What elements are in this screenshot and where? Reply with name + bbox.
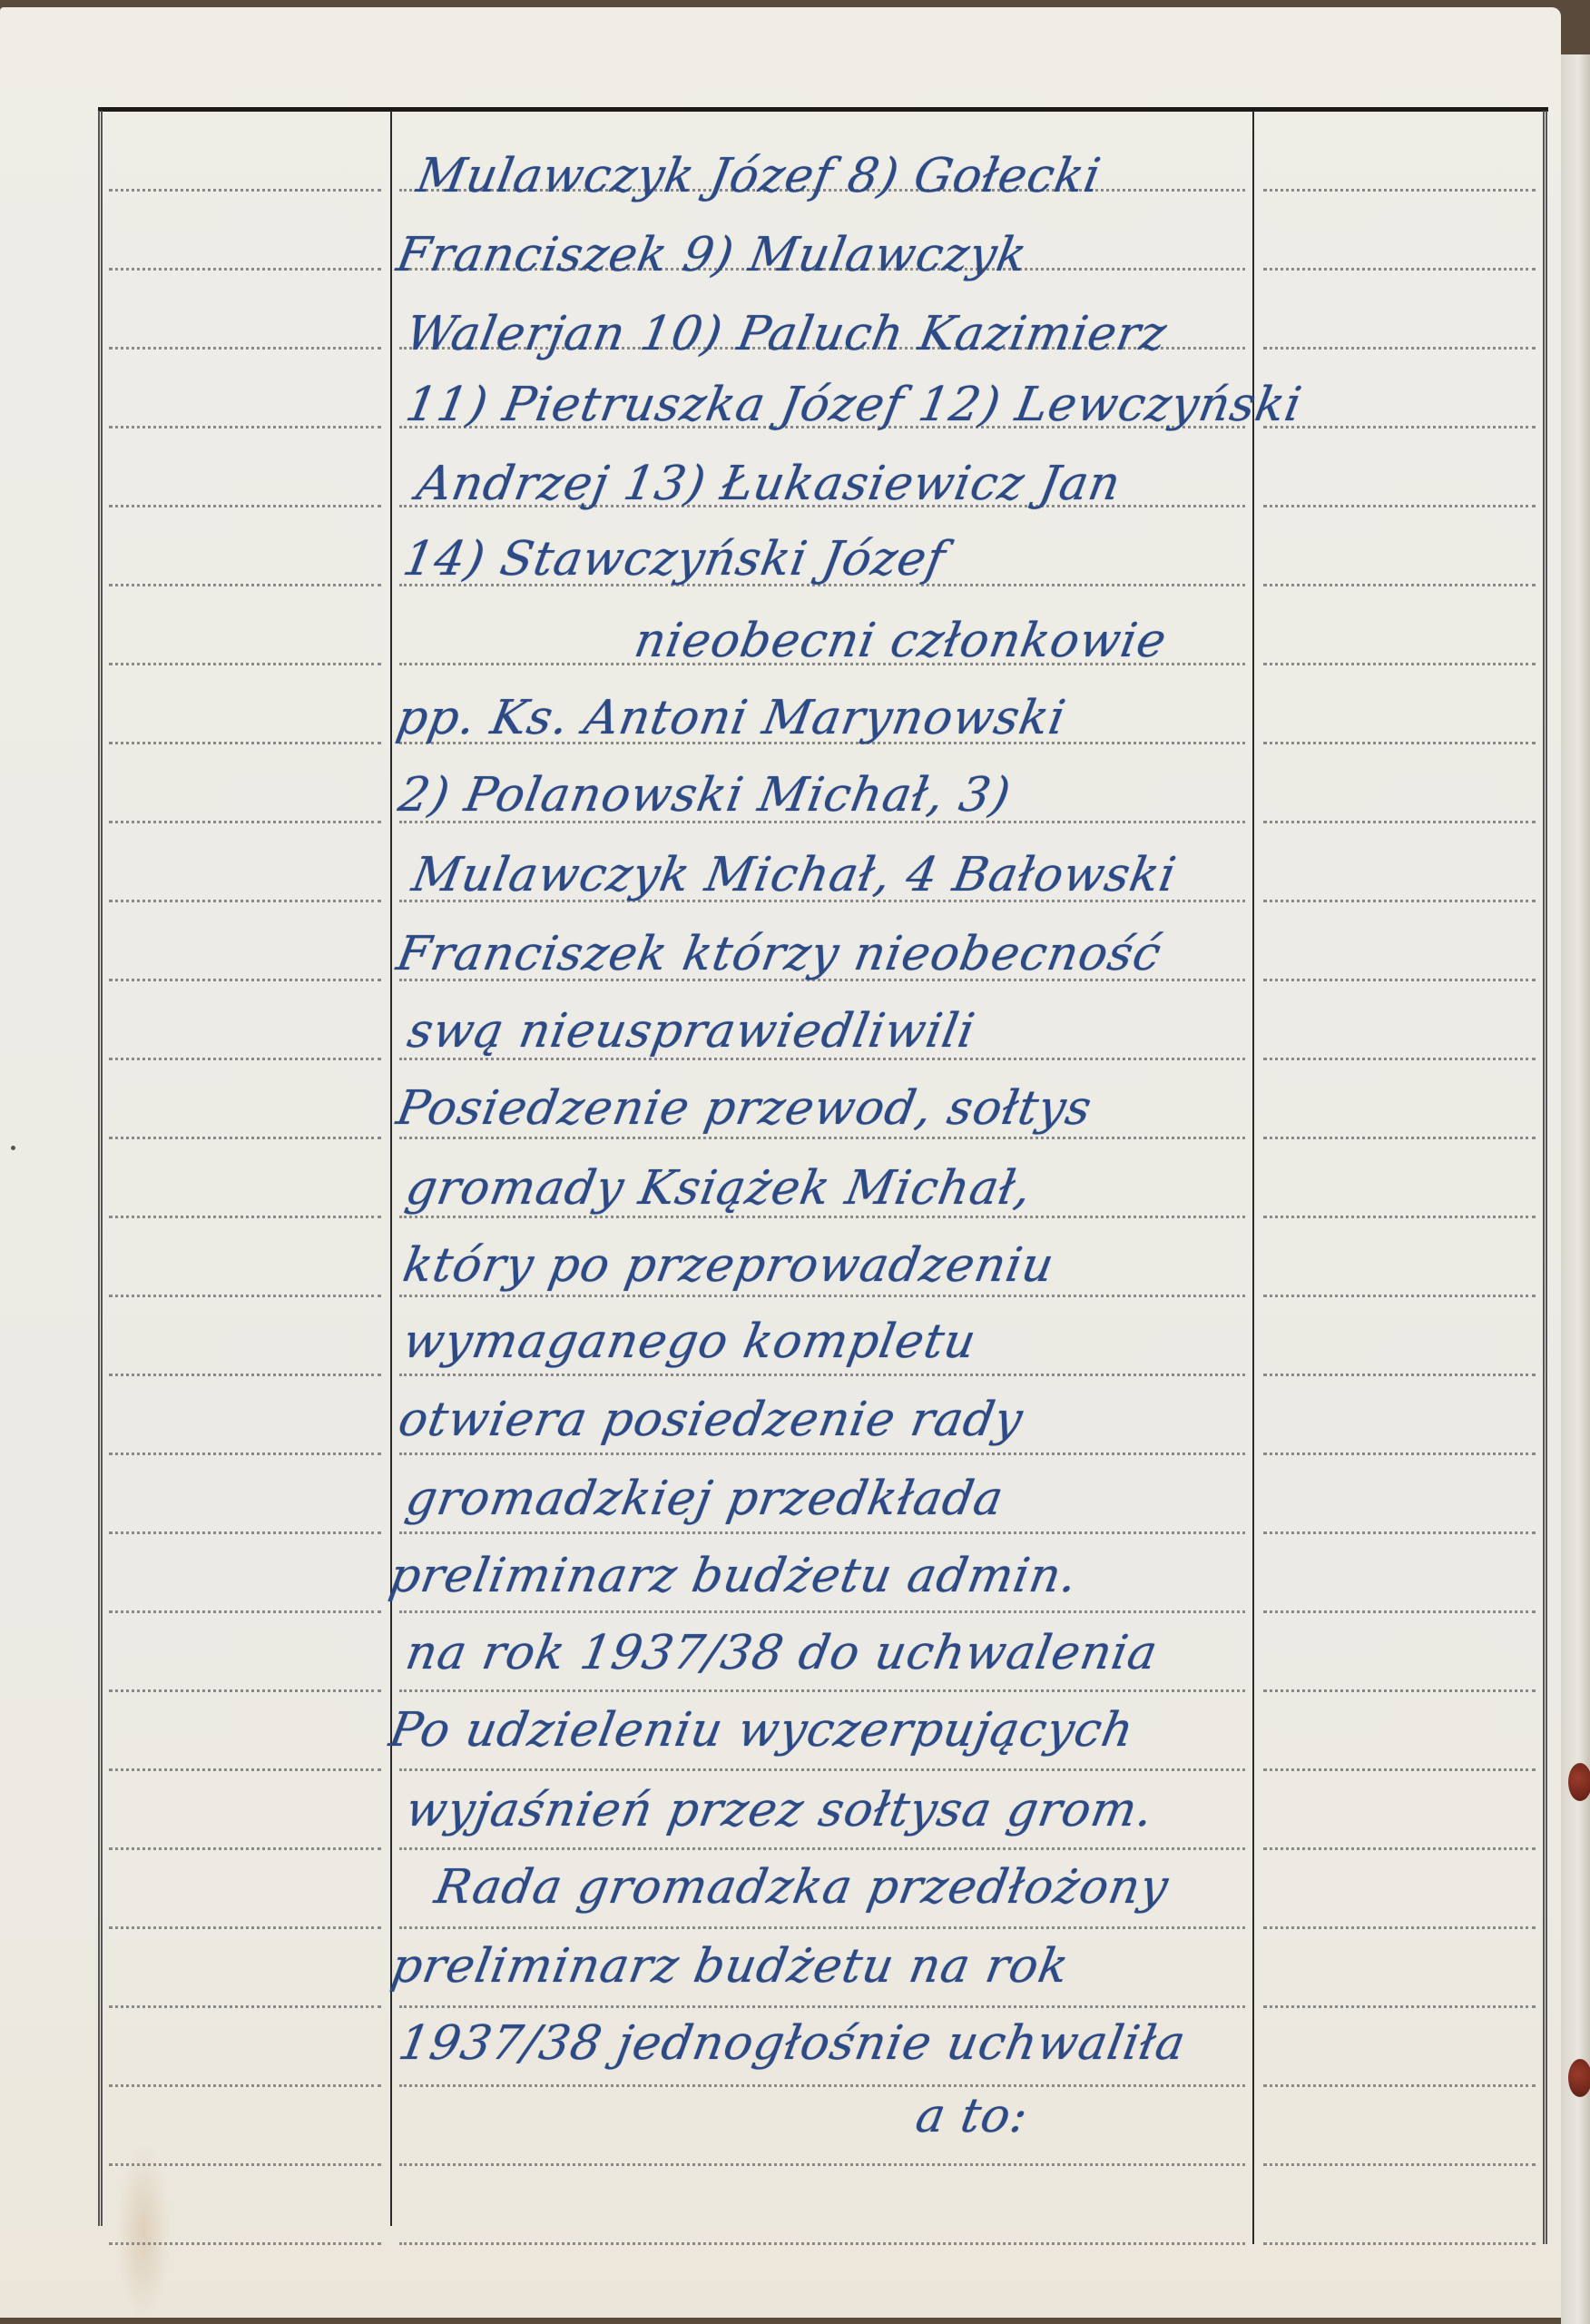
ruled-line — [1263, 742, 1536, 744]
ruled-line — [109, 347, 381, 350]
ruled-line — [109, 1452, 381, 1455]
hw-line: Po udzieleniu wyczerpujących — [386, 1707, 1137, 1754]
column-divider-left — [390, 111, 392, 2226]
ruled-line — [1263, 1768, 1536, 1771]
ruled-line — [109, 821, 381, 823]
ruled-line — [1263, 1216, 1536, 1218]
ruled-line — [109, 505, 381, 507]
ruled-line — [109, 1058, 381, 1060]
ruled-line — [109, 1137, 381, 1139]
ruled-line — [1263, 2005, 1536, 2008]
ruled-line — [109, 2163, 381, 2166]
ruled-line — [109, 1295, 381, 1297]
hw-line: 11) Pietruszka Józef 12) Lewczyński — [402, 381, 1305, 428]
hw-line: 2) Polanowski Michał, 3) — [395, 772, 1014, 819]
ruled-line — [109, 1847, 381, 1850]
ruled-line — [399, 1295, 1245, 1297]
ruled-line — [1263, 2163, 1536, 2166]
ruled-line — [109, 584, 381, 586]
ruled-line — [1263, 821, 1536, 823]
ruled-line — [399, 1689, 1245, 1692]
hw-line: preliminarz budżetu admin. — [386, 1552, 1081, 1600]
hw-line: Mulawczyk Michał, 4 Bałowski — [408, 852, 1180, 899]
ruled-line — [109, 1216, 381, 1218]
ruled-line — [109, 1374, 381, 1376]
hw-line: nieobecni członkowie — [631, 617, 1170, 665]
ruled-line — [399, 1926, 1245, 1929]
ruled-line — [399, 1452, 1245, 1455]
frame-left-border — [98, 111, 103, 2226]
ruled-line — [109, 1926, 381, 1929]
hw-line: na rok 1937/38 do uchwalenia — [402, 1630, 1161, 1677]
ruled-line — [399, 2084, 1245, 2087]
ruled-line — [1263, 1847, 1536, 1850]
ruled-line — [399, 1374, 1245, 1376]
ruled-line — [109, 1610, 381, 1613]
ruled-line — [399, 2005, 1245, 2008]
hw-line: który po przeprowadzeniu — [399, 1242, 1057, 1289]
ruled-line — [1263, 189, 1536, 192]
ruled-line — [399, 2163, 1245, 2166]
ruled-line — [1263, 1137, 1536, 1139]
ruled-line — [109, 268, 381, 271]
hw-line: 14) Stawczyński Józef — [399, 536, 948, 583]
hw-line: Franciszek 9) Mulawczyk — [393, 231, 1030, 279]
hw-line: gromady Książek Michał, — [402, 1165, 1035, 1212]
ruled-line — [1263, 505, 1536, 507]
ruled-line — [109, 979, 381, 981]
hw-line: preliminarz budżetu na rok — [388, 1943, 1072, 1990]
ruled-line — [1263, 1058, 1536, 1060]
ruled-line — [1263, 2084, 1536, 2087]
ruled-line — [1263, 584, 1536, 586]
hw-line: gromadzkiej przedkłada — [402, 1475, 1006, 1522]
ruled-line — [1263, 1374, 1536, 1376]
ruled-line — [1263, 2242, 1536, 2245]
ruled-line — [1263, 900, 1536, 902]
ruled-line — [109, 189, 381, 192]
margin-dot — [11, 1146, 15, 1150]
hw-line: Franciszek którzy nieobecność — [393, 931, 1164, 978]
binding-edge — [1561, 54, 1590, 2324]
ruled-line — [1263, 663, 1536, 665]
ruled-line — [109, 2005, 381, 2008]
hw-line: Rada gromadzka przedłożony — [431, 1864, 1172, 1911]
ruled-line — [399, 1768, 1245, 1771]
ruled-line — [109, 1768, 381, 1771]
ruled-line — [109, 426, 381, 428]
hw-line: otwiera posiedzenie rady — [395, 1396, 1026, 1443]
binding-ring-icon — [1568, 2059, 1590, 2097]
ruled-line — [1263, 1689, 1536, 1692]
ruled-line — [109, 900, 381, 902]
ruled-line — [1263, 1926, 1536, 1929]
ruled-line — [1263, 1531, 1536, 1534]
ruled-line — [399, 1531, 1245, 1534]
ruled-line — [109, 2084, 381, 2087]
hw-line: Mulawczyk Józef 8) Gołecki — [413, 153, 1104, 200]
ruled-line — [1263, 1452, 1536, 1455]
ruled-line — [1263, 979, 1536, 981]
ruled-line — [109, 1531, 381, 1534]
ruled-line — [399, 1216, 1245, 1218]
ruled-line — [399, 2242, 1245, 2245]
ruled-line — [399, 1137, 1245, 1139]
hw-line: swą nieusprawiedliwili — [404, 1008, 978, 1055]
ruled-line — [399, 1610, 1245, 1613]
ruled-line — [109, 1689, 381, 1692]
ruled-line — [1263, 268, 1536, 271]
ruled-line — [1263, 426, 1536, 428]
ruled-line — [109, 742, 381, 744]
ruled-line — [109, 663, 381, 665]
ruled-line — [1263, 347, 1536, 350]
hw-line: Posiedzenie przewod, sołtys — [393, 1085, 1095, 1132]
ruled-line — [399, 1847, 1245, 1850]
hw-line: pp. Ks. Antoni Marynowski — [393, 694, 1069, 742]
hw-line: wymaganego kompletu — [399, 1318, 979, 1365]
hw-line: wyjaśnień przez sołtysa grom. — [402, 1787, 1157, 1834]
hw-line: Walerjan 10) Paluch Kazimierz — [402, 310, 1170, 358]
binding-ring-icon — [1568, 1763, 1590, 1801]
ruled-line — [1263, 1610, 1536, 1613]
frame-right-border — [1543, 111, 1547, 2244]
ruled-line — [1263, 1295, 1536, 1297]
ruled-line — [109, 2242, 381, 2245]
hw-line: 1937/38 jednogłośnie uchwaliła — [395, 2020, 1189, 2067]
hw-line: Andrzej 13) Łukasiewicz Jan — [413, 460, 1124, 507]
hw-line: a to: — [912, 2093, 1031, 2140]
